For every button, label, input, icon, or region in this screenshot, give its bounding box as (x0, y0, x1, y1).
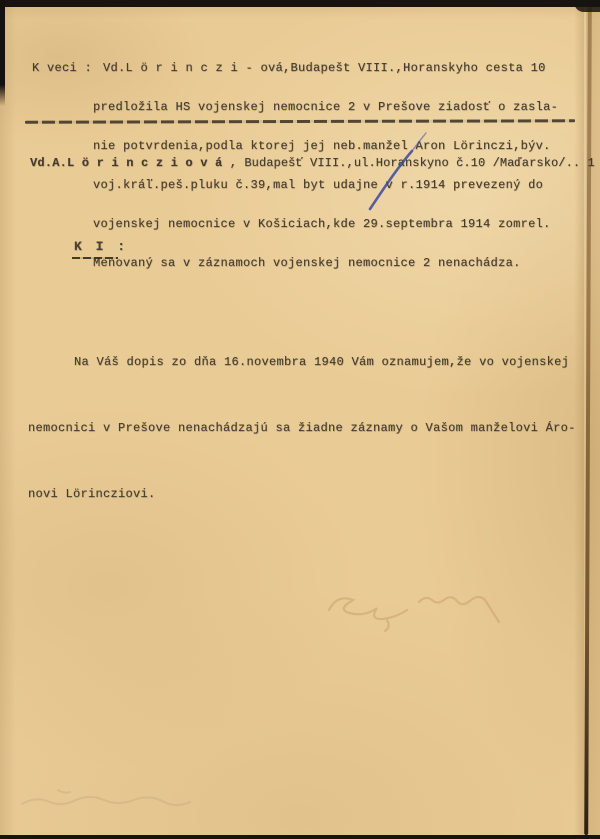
body-line: novi Lörincziovi. (28, 483, 576, 505)
reference-underline (72, 257, 118, 259)
addressee-name: Vd.A.L ö r i n c z i o v á (30, 156, 222, 170)
scanned-document-page: K veci :Vd.L ö r i n c z i - ová,Budapeš… (0, 0, 600, 839)
subject-line-text: Vd.L ö r i n c z i - ová,Budapešt VIII.,… (103, 61, 546, 75)
body-line: Na Váš dopis zo dňa 16.novembra 1940 Vám… (28, 351, 576, 373)
body-line: nemocnici v Prešove nenachádzajú sa žiad… (28, 417, 576, 439)
subject-line: nie potvrdenia,podla ktorej jej neb.manž… (93, 140, 558, 153)
subject-line: K veci :Vd.L ö r i n c z i - ová,Budapeš… (32, 62, 558, 75)
addressee-line: Vd.A.L ö r i n c z i o v á , Budapešť VI… (30, 157, 595, 170)
reference-mark: K I : (74, 240, 128, 253)
subject-line: predložila HS vojenskej nemocnice 2 v Pr… (93, 101, 558, 114)
scan-left-edge-shadow (0, 0, 5, 106)
body-paragraph: Na Váš dopis zo dňa 16.novembra 1940 Vám… (28, 307, 576, 549)
subject-line: Menovaný sa v záznamoch vojenskej nemocn… (93, 257, 558, 270)
subject-label: K veci : (32, 61, 92, 75)
scan-corner-shadow (574, 0, 600, 12)
subject-line: voj.kráľ.peš.pluku č.39,mal byt udajne v… (93, 179, 558, 192)
addressee-details: , Budapešť VIII.,ul.Horanskyno č.10 /Maď… (222, 156, 594, 170)
subject-line: vojenskej nemocnice v Košiciach,kde 29.s… (93, 218, 558, 231)
